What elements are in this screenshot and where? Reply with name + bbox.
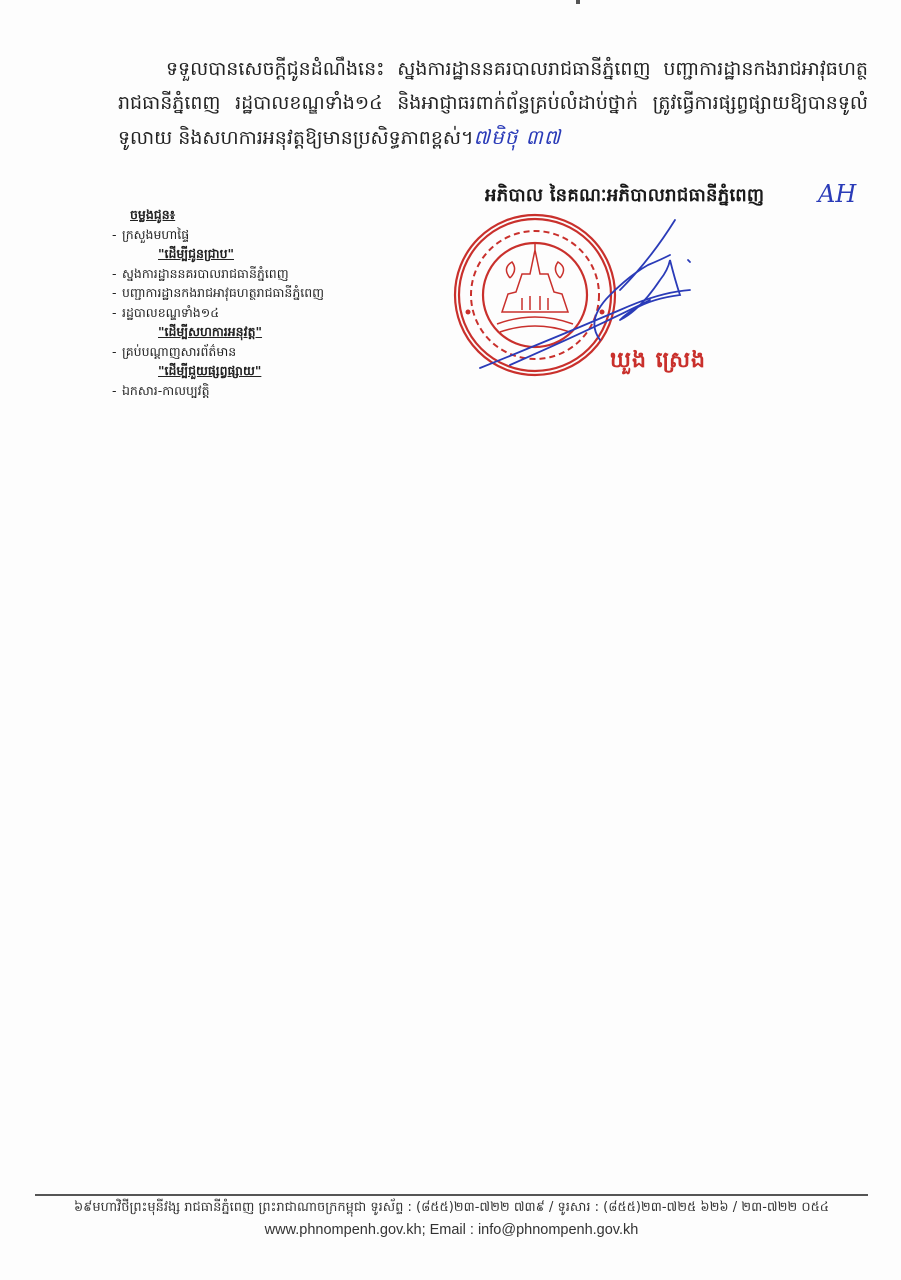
bullet-dash: - — [112, 283, 122, 303]
bullet-dash: - — [112, 264, 122, 284]
official-seal-icon — [452, 212, 618, 378]
bullet-dash: - — [112, 303, 122, 323]
cc-item-label: ក្រសួងមហាផ្ទៃ — [122, 227, 189, 242]
signer-name: ឃួង ស្រេង — [610, 346, 706, 378]
cc-list: ចម្លងជូន៖ -ក្រសួងមហាផ្ទៃ"ដើម្បីជូនជ្រាប"… — [112, 205, 372, 400]
document-page: ទទួលបានសេចក្ដីជូនដំណឹងនេះ ស្នងការដ្ឋាននគ… — [0, 0, 901, 1280]
cc-item: -ឯកសារ-កាលប្បវត្តិ — [112, 381, 372, 401]
cc-item-note: "ដើម្បីជូនជ្រាប" — [158, 244, 372, 264]
cc-item-label: បញ្ជាការដ្ឋានកងរាជអាវុធហត្ថរាជធានីភ្នំពេ… — [122, 285, 324, 300]
footer-address: ៦៩មហាវិថីព្រះមុនីវង្ស រាជធានីភ្នំពេញ ព្រ… — [35, 1199, 868, 1218]
cc-item-label: គ្រប់បណ្ដាញសារព័ត៌មាន — [122, 344, 236, 359]
bullet-dash: - — [112, 225, 122, 245]
handwritten-initials: AH — [818, 180, 856, 208]
scan-mark — [576, 0, 580, 4]
body-paragraph: ទទួលបានសេចក្ដីជូនដំណឹងនេះ ស្នងការដ្ឋាននគ… — [118, 52, 868, 155]
footer-divider — [35, 1194, 868, 1196]
bullet-dash: - — [112, 342, 122, 362]
bullet-dash: - — [112, 381, 122, 401]
cc-item: -ស្នងការដ្ឋាននគរបាលរាជធានីភ្នំពេញ — [112, 264, 372, 284]
cc-item-label: រដ្ឋបាលខណ្ឌទាំង១៤ — [122, 305, 219, 320]
handwritten-date: ៧មិថុ ៣៧ — [474, 125, 562, 149]
cc-item: -ក្រសួងមហាផ្ទៃ — [112, 225, 372, 245]
cc-item-label: ឯកសារ-កាលប្បវត្តិ — [122, 383, 210, 398]
cc-item: -គ្រប់បណ្ដាញសារព័ត៌មាន — [112, 342, 372, 362]
cc-items: -ក្រសួងមហាផ្ទៃ"ដើម្បីជូនជ្រាប"-ស្នងការដ្… — [112, 225, 372, 401]
cc-title: ចម្លងជូន៖ — [130, 205, 372, 225]
signatory-title: អភិបាល នៃគណៈអភិបាលរាជធានីភ្នំពេញ — [485, 183, 764, 210]
cc-item: -បញ្ជាការដ្ឋានកងរាជអាវុធហត្ថរាជធានីភ្នំព… — [112, 283, 372, 303]
footer-contact[interactable]: www.phnompenh.gov.kh; Email : info@phnom… — [35, 1222, 868, 1238]
cc-item-label: ស្នងការដ្ឋាននគរបាលរាជធានីភ្នំពេញ — [122, 266, 289, 281]
cc-item: -រដ្ឋបាលខណ្ឌទាំង១៤ — [112, 303, 372, 323]
cc-item-note: "ដើម្បីសហការអនុវត្ត" — [158, 322, 372, 342]
cc-item-note: "ដើម្បីជួយផ្សព្វផ្សាយ" — [158, 361, 372, 381]
